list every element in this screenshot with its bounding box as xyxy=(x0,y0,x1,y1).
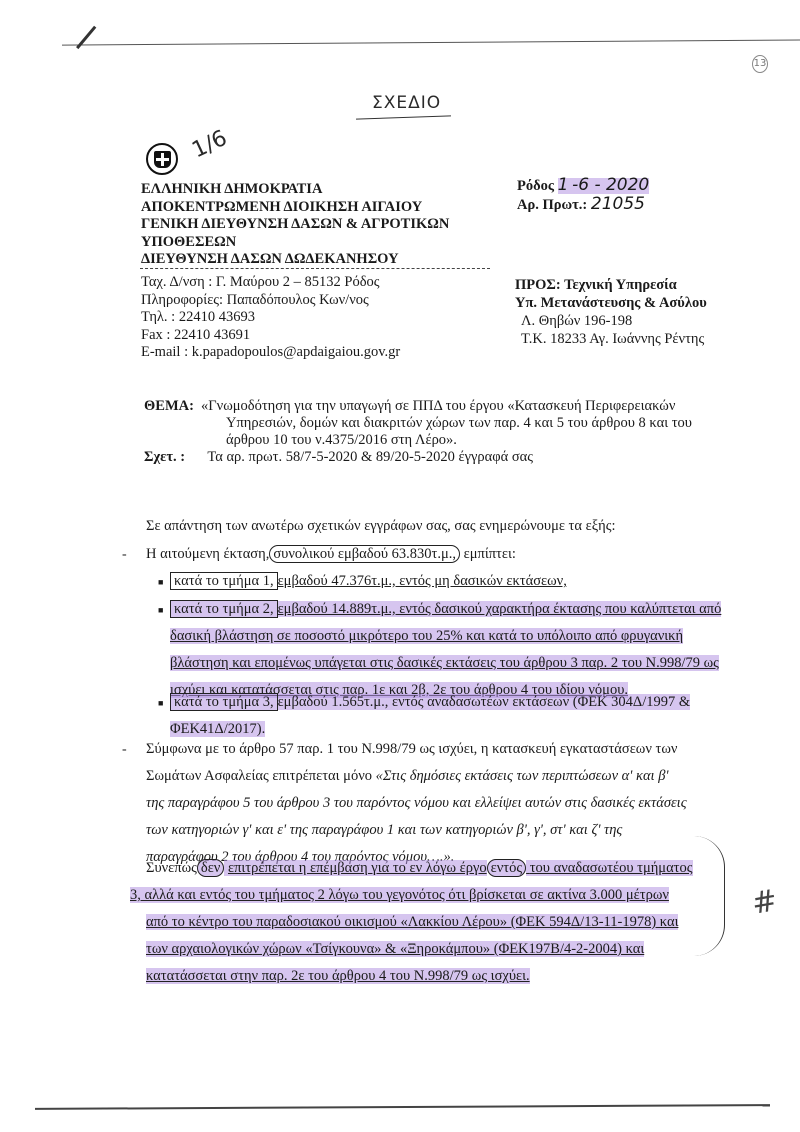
reference-label: Σχετ. : xyxy=(144,449,204,466)
reference-row: Σχετ. : Τα αρ. πρωτ. 58/7-5-2020 & 89/20… xyxy=(144,449,533,466)
total-area-circled: συνολικού εμβαδού 63.830τ.μ., xyxy=(269,545,460,563)
dash-bullet: - xyxy=(122,736,127,763)
fax: Fax : 22410 43691 xyxy=(141,327,400,345)
section-3-item: κατά το τμήμα 3,εμβαδού 1.565τ.μ., εντός… xyxy=(170,689,750,743)
circled-not: δεν xyxy=(197,859,224,877)
top-scan-line xyxy=(62,39,800,45)
legal-paragraph: Σύμφωνα με το άρθρο 57 παρ. 1 του Ν.998/… xyxy=(146,736,751,871)
info-person: Πληροφορίες: Παπαδόπουλος Κων/νος xyxy=(141,292,400,310)
intro-paragraph: Σε απάντηση των ανωτέρω σχετικών εγγράφω… xyxy=(146,513,616,540)
section-1-label: κατά το τμήμα 1, xyxy=(170,572,278,590)
page-number-circle: 13 xyxy=(752,55,768,73)
recipient-to: ΠΡΟΣ: Τεχνική Υπηρεσία xyxy=(515,276,707,294)
section-3-label: κατά το τμήμα 3, xyxy=(170,693,278,711)
circled-within: εντός xyxy=(487,859,526,877)
square-bullet-icon: ■ xyxy=(158,597,163,624)
header-divider xyxy=(140,268,490,269)
org-line: ΓΕΝΙΚΗ ΔΙΕΥΘΥΝΣΗ ΔΑΣΩΝ & ΑΓΡΟΤΙΚΩΝ xyxy=(141,216,449,234)
margin-hash-mark: # xyxy=(749,883,780,922)
recipient-ministry: Υπ. Μετανάστευσης & Ασύλου xyxy=(515,294,707,312)
bottom-scan-line xyxy=(35,1104,770,1110)
area-paragraph: Η αιτούμενη έκταση,συνολικού εμβαδού 63.… xyxy=(146,541,516,568)
square-bullet-icon: ■ xyxy=(158,569,163,596)
address: Ταχ. Δ/νση : Γ. Μαύρου 2 – 85132 Ρόδος xyxy=(141,274,400,292)
draft-underline xyxy=(356,115,451,119)
place-label: Ρόδος xyxy=(517,178,554,194)
date-block: Ρόδος 1 -6 - 2020 Αρ. Πρωτ.: 21055 xyxy=(517,176,649,214)
dash-bullet: - xyxy=(122,541,127,568)
recipient-street: Λ. Θηβών 196-198 xyxy=(515,312,707,330)
protocol-line: Αρ. Πρωτ.: 21055 xyxy=(517,195,649,214)
subject-text: «Γνωμοδότηση για την υπαγωγή σε ΠΠΔ του … xyxy=(201,398,741,449)
date-line: Ρόδος 1 -6 - 2020 xyxy=(517,176,649,195)
reference-text: Τα αρ. πρωτ. 58/7-5-2020 & 89/20-5-2020 … xyxy=(207,449,533,465)
org-line: ΑΠΟΚΕΝΤΡΩΜΕΝΗ ΔΙΟΙΚΗΣΗ ΑΙΓΑΙΟΥ xyxy=(141,199,449,217)
date-value: 1 -6 - 2020 xyxy=(558,178,650,194)
protocol-label: Αρ. Πρωτ.: xyxy=(517,197,587,213)
recipient-postal: Τ.Κ. 18233 Αγ. Ιωάννης Ρέντης xyxy=(515,330,707,348)
recipient-block: ΠΡΟΣ: Τεχνική Υπηρεσία Υπ. Μετανάστευσης… xyxy=(515,276,707,348)
section-2-item: κατά το τμήμα 2,εμβαδού 14.889τ.μ., εντό… xyxy=(170,596,750,704)
email: E-mail : k.papadopoulos@apdaigaiou.gov.g… xyxy=(141,344,400,362)
margin-brace-mark xyxy=(694,836,725,956)
draft-stamp: ΣΧΕΔΙΟ xyxy=(372,93,441,113)
contact-details: Ταχ. Δ/νση : Γ. Μαύρου 2 – 85132 Ρόδος Π… xyxy=(141,274,400,362)
section-1-item: κατά το τμήμα 1,εμβαδού 47.376τ.μ., εντό… xyxy=(170,568,567,595)
section-2-label: κατά το τμήμα 2, xyxy=(170,600,278,618)
handwritten-reference: 1/6 xyxy=(188,126,231,164)
phone: Τηλ. : 22410 43693 xyxy=(141,309,400,327)
conclusion-paragraph: Συνεπώςδεν επιτρέπεται η επέμβαση για το… xyxy=(146,855,751,990)
protocol-number: 21055 xyxy=(591,194,645,214)
issuing-authority: ΕΛΛΗΝΙΚΗ ΔΗΜΟΚΡΑΤΙΑ ΑΠΟΚΕΝΤΡΩΜΕΝΗ ΔΙΟΙΚΗ… xyxy=(141,181,449,269)
org-line: ΕΛΛΗΝΙΚΗ ΔΗΜΟΚΡΑΤΙΑ xyxy=(141,181,449,199)
org-line: ΥΠΟΘΕΣΕΩΝ xyxy=(141,234,449,252)
greek-emblem-icon xyxy=(146,143,178,175)
square-bullet-icon: ■ xyxy=(158,690,163,717)
org-line: ΔΙΕΥΘΥΝΣΗ ΔΑΣΩΝ ΔΩΔΕΚΑΝΗΣΟΥ xyxy=(141,251,449,269)
subject-label: ΘΕΜΑ: xyxy=(144,398,194,415)
